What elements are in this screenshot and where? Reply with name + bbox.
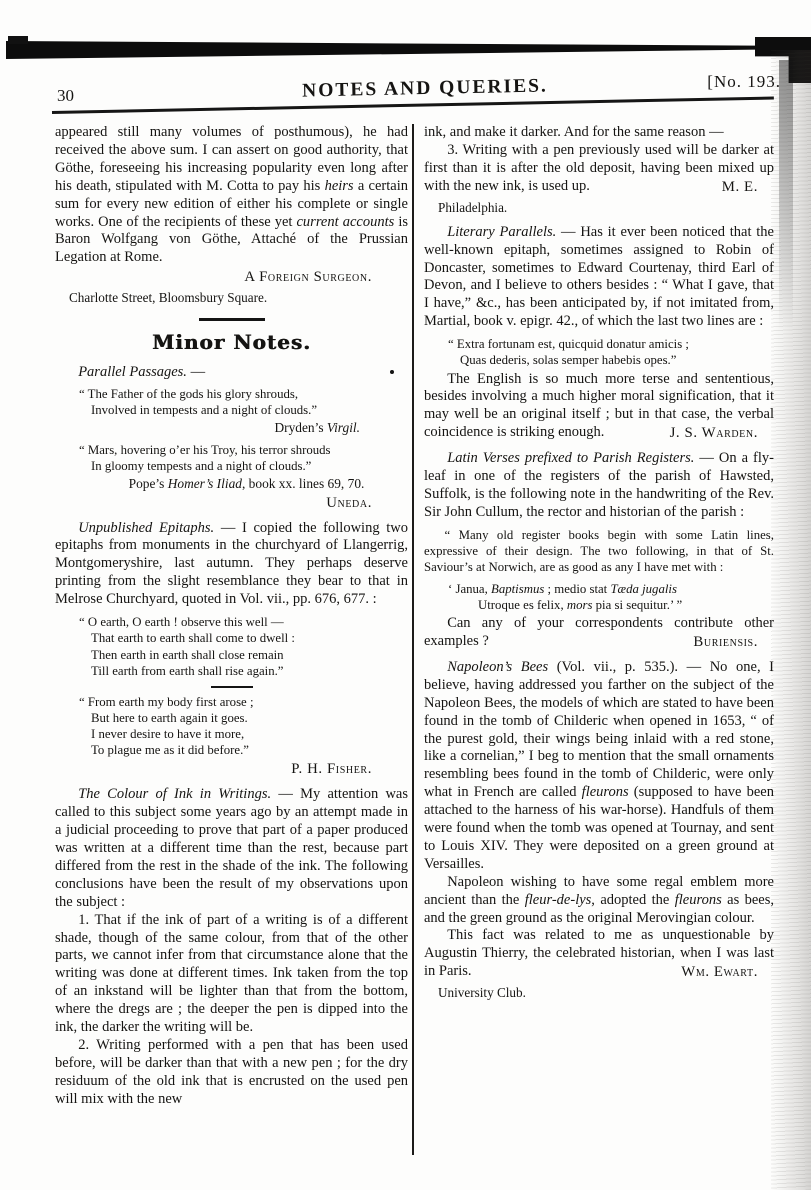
issue-number: [No. 193. xyxy=(707,72,781,92)
quote-line: In gloomy tempests and a night of clouds… xyxy=(91,458,408,474)
epitaph-divider xyxy=(211,686,253,688)
quote-line: “ Mars, hovering o’er his Troy, his terr… xyxy=(79,442,408,458)
quote-line: To plague me as it did before.” xyxy=(91,742,408,758)
quote-line: That earth to earth shall come to dwell … xyxy=(91,630,408,646)
ink-dot-artifact xyxy=(390,370,394,374)
page-edge-shadow xyxy=(779,60,793,330)
paragraph-ink-item-2: 2. Writing performed with a pen that has… xyxy=(55,1037,408,1109)
intro-paragraph: appeared still many volumes of posthumou… xyxy=(55,124,408,267)
column-divider xyxy=(412,124,414,1155)
section-divider xyxy=(199,318,265,321)
quote-line: Then earth in earth shall close remain xyxy=(91,647,408,663)
scan-speck-artifact xyxy=(8,36,28,44)
right-column: ink, and make it darker. And for the sam… xyxy=(424,124,774,1001)
epitaph-quotation: “ O earth, O earth ! observe this well —… xyxy=(79,614,408,679)
quote-line: “ The Father of the gods his glory shrou… xyxy=(79,386,408,402)
article-title-parallel-passages: Parallel Passages. — xyxy=(55,363,408,381)
epitaph-quotation: “ From earth my body first arose ; But h… xyxy=(79,694,408,759)
quotation-block: “ Mars, hovering o’er his Troy, his terr… xyxy=(79,442,408,474)
journal-title: NOTES AND QUERIES. xyxy=(265,75,585,104)
signature-foreign-surgeon: A Foreign Surgeon. xyxy=(55,268,408,286)
quote-line: “ Extra fortunam est, quicquid donatur a… xyxy=(448,336,774,352)
quote-line: Involved in tempests and a night of clou… xyxy=(91,402,408,418)
signature-fisher: P. H. Fisher. xyxy=(55,760,408,778)
scan-band-artifact xyxy=(6,41,756,59)
quote-line: Quas dederis, solas semper habebis opes.… xyxy=(460,352,774,368)
quote-line: I never desire to have it more, xyxy=(91,726,408,742)
paragraph-napoleon-emblem: Napoleon wishing to have some regal embl… xyxy=(424,874,774,928)
paragraph-latin-verses: Latin Verses prefixed to Parish Register… xyxy=(424,450,774,522)
latin-verse: ‘ Janua, Baptismus ; medio stat Tæda jug… xyxy=(448,581,774,613)
paragraph-unpublished-epitaphs: Unpublished Epitaphs. — I copied the fol… xyxy=(55,520,408,610)
latin-quotation: “ Extra fortunam est, quicquid donatur a… xyxy=(448,336,774,368)
address-philadelphia: Philadelphia. xyxy=(438,199,774,216)
quote-line: “ O earth, O earth ! observe this well — xyxy=(79,614,408,630)
quote-line: Till earth from earth shall rise again.” xyxy=(91,663,408,679)
signature-ewart: Wm. Ewart. xyxy=(424,963,774,981)
signature-uneda: Uneda. xyxy=(55,494,408,512)
address-line: Charlotte Street, Bloomsbury Square. xyxy=(69,289,408,306)
address-university-club: University Club. xyxy=(438,984,774,1001)
paragraph-colour-of-ink: The Colour of Ink in Writings. — My atte… xyxy=(55,786,408,911)
quote-line: But here to earth again it goes. xyxy=(91,710,408,726)
paragraph-ink-continuation: ink, and make it darker. And for the sam… xyxy=(424,124,774,142)
paragraph-register-note: “ Many old register books begin with som… xyxy=(424,527,774,576)
article-title-text: Parallel Passages. — xyxy=(78,364,205,380)
left-column: appeared still many volumes of posthumou… xyxy=(55,124,408,1109)
page-number: 30 xyxy=(57,86,74,106)
quote-line: “ From earth my body first arose ; xyxy=(79,694,408,710)
paragraph-literary-parallels: Literary Parallels. — Has it ever been n… xyxy=(424,224,774,331)
quotation-block: “ The Father of the gods his glory shrou… xyxy=(79,386,408,418)
quote-attribution: Pope’s Homer’s Iliad, book xx. lines 69,… xyxy=(85,476,408,493)
scanned-periodical-page: 30 NOTES AND QUERIES. [No. 193. appeared… xyxy=(0,0,811,1190)
section-heading-minor-notes: Minor Notes. xyxy=(55,330,408,354)
paragraph-napoleons-bees: Napoleon’s Bees (Vol. vii., p. 535.). — … xyxy=(424,659,774,874)
verse-line: Utroque es felix, mors pia si sequitur.’… xyxy=(478,597,774,613)
paragraph-ink-item-1: 1. That if the ink of part of a writing … xyxy=(55,912,408,1037)
quote-attribution: Dryden’s Virgil. xyxy=(55,420,408,437)
verse-line: ‘ Janua, Baptismus ; medio stat Tæda jug… xyxy=(448,581,774,597)
